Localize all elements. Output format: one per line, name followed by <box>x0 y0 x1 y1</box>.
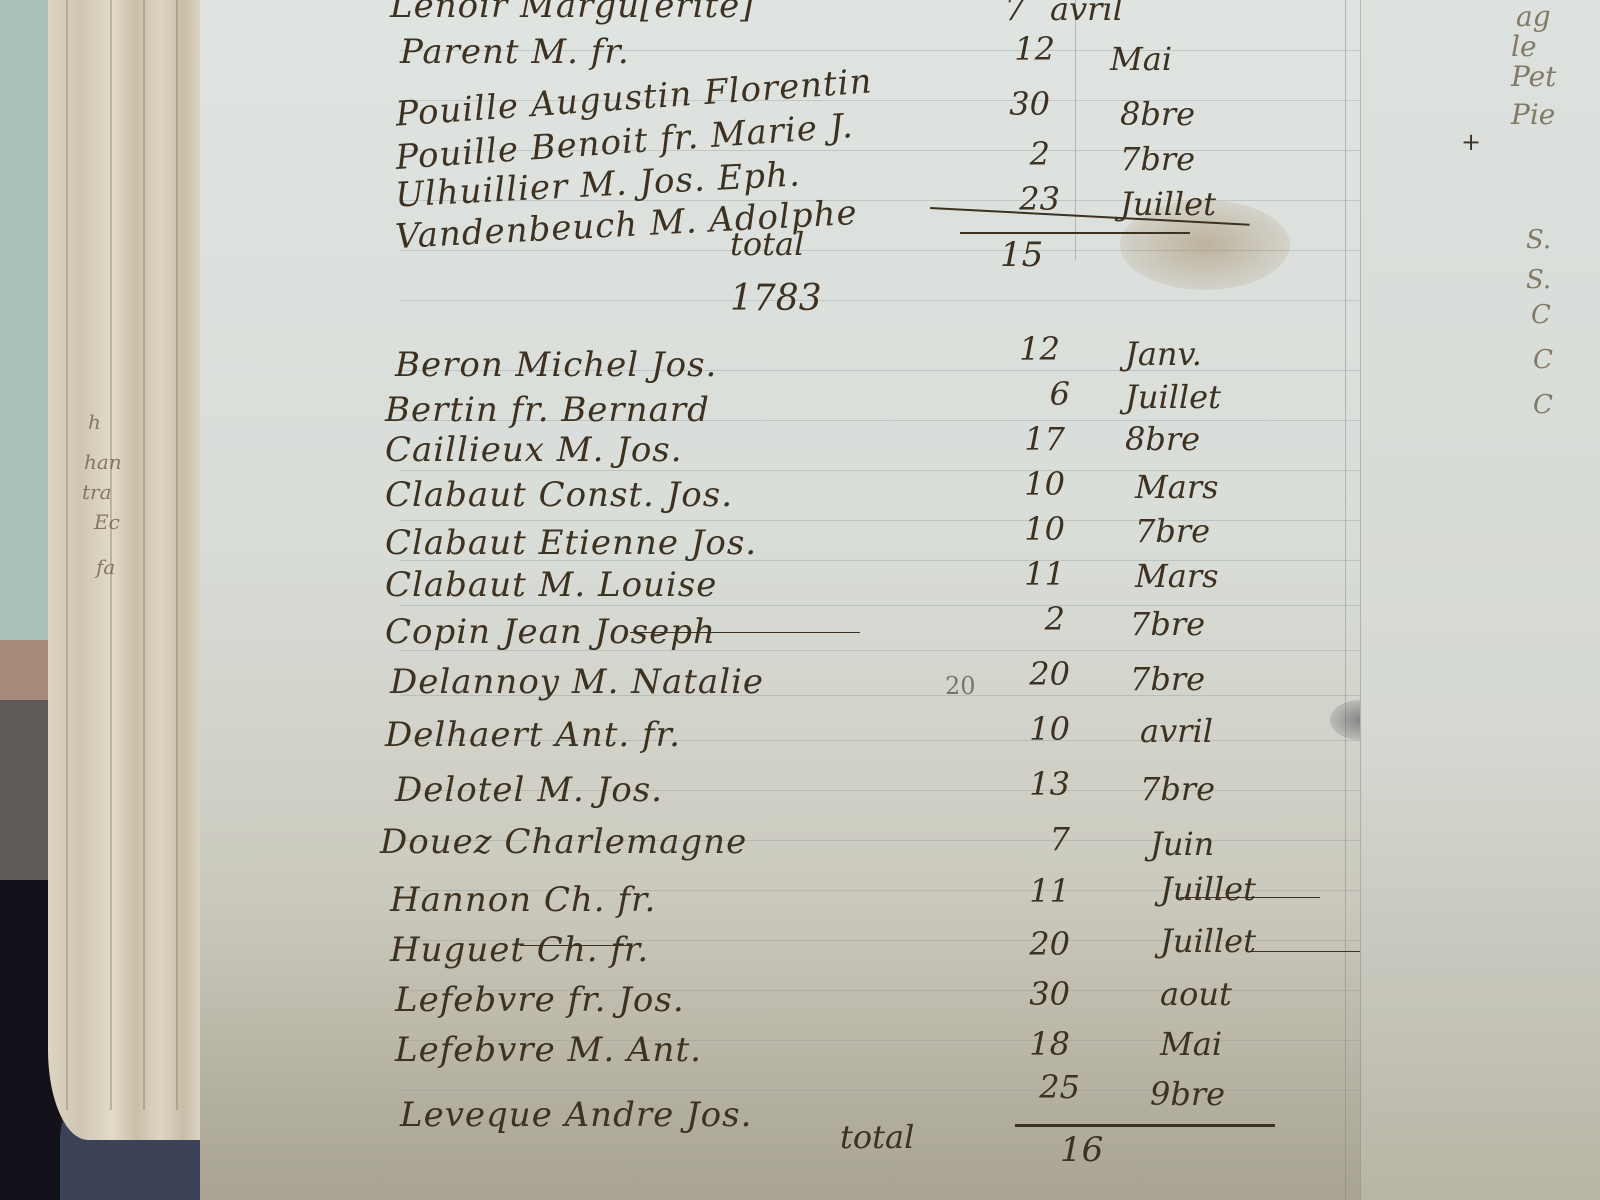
entry-name: Lefebvre M. Ant. <box>395 1030 702 1070</box>
entry-month: Juillet <box>1125 378 1221 416</box>
facing-page-fragment: S. <box>1526 225 1551 255</box>
entry-name: Delannoy M. Natalie <box>390 662 764 702</box>
total-label: total <box>730 225 804 263</box>
entry-month: 7bre <box>1130 660 1205 698</box>
entry-month: 8bre <box>1120 95 1195 133</box>
entry-day: 7 <box>965 0 1025 28</box>
entry-month: 9bre <box>1150 1075 1225 1113</box>
background-wall <box>0 0 52 640</box>
entry-month: Mars <box>1135 557 1219 595</box>
page-edge-line <box>66 0 68 1110</box>
entry-name: Delotel M. Jos. <box>395 770 663 810</box>
total-value: 15 <box>1000 235 1043 275</box>
entry-name: Leveque Andre Jos. <box>400 1095 752 1135</box>
margin-fragment: han <box>84 450 122 474</box>
entry-name: Beron Michel Jos. <box>395 345 717 385</box>
facing-page-fragment: C <box>1533 390 1553 420</box>
entry-month: 7bre <box>1120 140 1195 178</box>
strike-line <box>630 632 860 633</box>
strike-line <box>520 945 630 946</box>
book-page-edges: h han tra Ec fa <box>48 0 208 1140</box>
total-underline <box>960 232 1190 234</box>
entry-name: Hannon Ch. fr. <box>390 880 656 920</box>
entry-name: Lenoir Margu[erite] <box>390 0 755 26</box>
entry-day: 11 <box>1005 555 1065 593</box>
entry-month: Juin <box>1150 825 1214 863</box>
entry-day: 10 <box>1005 510 1065 548</box>
entry-name: Douez Charlemagne <box>380 822 747 862</box>
entry-day: 17 <box>1005 420 1065 458</box>
facing-page: + ag le Pet Pie S. S. C C C <box>1360 0 1600 1200</box>
entry-month: 7bre <box>1135 512 1210 550</box>
entry-name: Parent M. fr. <box>400 32 630 72</box>
entry-day: 2 <box>1005 600 1065 638</box>
entry-day: 30 <box>990 85 1050 123</box>
entry-name: Bertin fr. Bernard <box>385 390 710 430</box>
page-edge-line <box>176 0 178 1110</box>
entry-month: avril <box>1050 0 1123 28</box>
strike-line <box>1180 897 1320 898</box>
entry-month: 7bre <box>1130 605 1205 643</box>
entry-name: Clabaut Etienne Jos. <box>385 523 757 563</box>
margin-fragment: tra <box>82 480 112 504</box>
entry-day: 10 <box>1005 465 1065 503</box>
entry-day: 25 <box>1020 1068 1080 1106</box>
pencil-note: 20 <box>945 672 976 700</box>
facing-page-fragment: le <box>1511 30 1537 63</box>
total-value: 16 <box>1060 1130 1103 1170</box>
entry-month: 8bre <box>1125 420 1200 458</box>
entry-day: 18 <box>1010 1025 1070 1063</box>
entry-name: Lefebvre fr. Jos. <box>395 980 685 1020</box>
entry-day: 7 <box>1010 820 1070 858</box>
facing-page-fragment: S. <box>1526 265 1551 295</box>
margin-fragment: h <box>88 410 101 434</box>
entry-name: Caillieux M. Jos. <box>385 430 683 470</box>
entry-day: 30 <box>1010 975 1070 1013</box>
background-surface <box>0 700 52 880</box>
entry-month: Mai <box>1110 40 1172 78</box>
cross-mark: + <box>1461 128 1481 156</box>
facing-page-fragment: Pet <box>1511 60 1556 93</box>
entry-day: 20 <box>1010 655 1070 693</box>
page-edge-line <box>143 0 145 1110</box>
year-heading: 1783 <box>730 278 822 319</box>
entry-name: Huguet Ch. fr. <box>390 930 649 970</box>
entry-day: 12 <box>995 30 1055 68</box>
entry-day: 2 <box>990 135 1050 173</box>
entry-name: Clabaut M. Louise <box>385 565 717 605</box>
entry-month: Juillet <box>1160 922 1256 960</box>
entry-day: 10 <box>1010 710 1070 748</box>
entry-month: Juillet <box>1160 870 1256 908</box>
margin-fragment: fa <box>96 555 115 579</box>
facing-page-fragment: Pie <box>1511 98 1555 131</box>
strike-line <box>1250 951 1360 952</box>
entry-month: Mars <box>1135 468 1219 506</box>
entry-day: 11 <box>1010 872 1070 910</box>
entry-month: aout <box>1160 975 1232 1013</box>
total-underline <box>1015 1124 1275 1127</box>
entry-month: Janv. <box>1125 335 1202 373</box>
entry-name: Clabaut Const. Jos. <box>385 475 733 515</box>
entry-day: 20 <box>1010 925 1070 963</box>
background-shelf <box>0 640 52 700</box>
total-label: total <box>840 1118 914 1156</box>
entry-month: avril <box>1140 712 1213 750</box>
entry-month: 7bre <box>1140 770 1215 808</box>
column-rule <box>1345 0 1346 1200</box>
entry-day: 12 <box>1000 330 1060 368</box>
entry-day: 13 <box>1010 765 1070 803</box>
column-rule <box>1075 0 1076 260</box>
facing-page-fragment: ag <box>1516 0 1551 33</box>
facing-page-fragment: C <box>1533 345 1553 375</box>
entry-name: Delhaert Ant. fr. <box>385 715 681 755</box>
entry-day: 6 <box>1010 375 1070 413</box>
entry-month: Mai <box>1160 1025 1222 1063</box>
margin-fragment: Ec <box>94 510 120 534</box>
facing-page-fragment: C <box>1531 300 1551 330</box>
